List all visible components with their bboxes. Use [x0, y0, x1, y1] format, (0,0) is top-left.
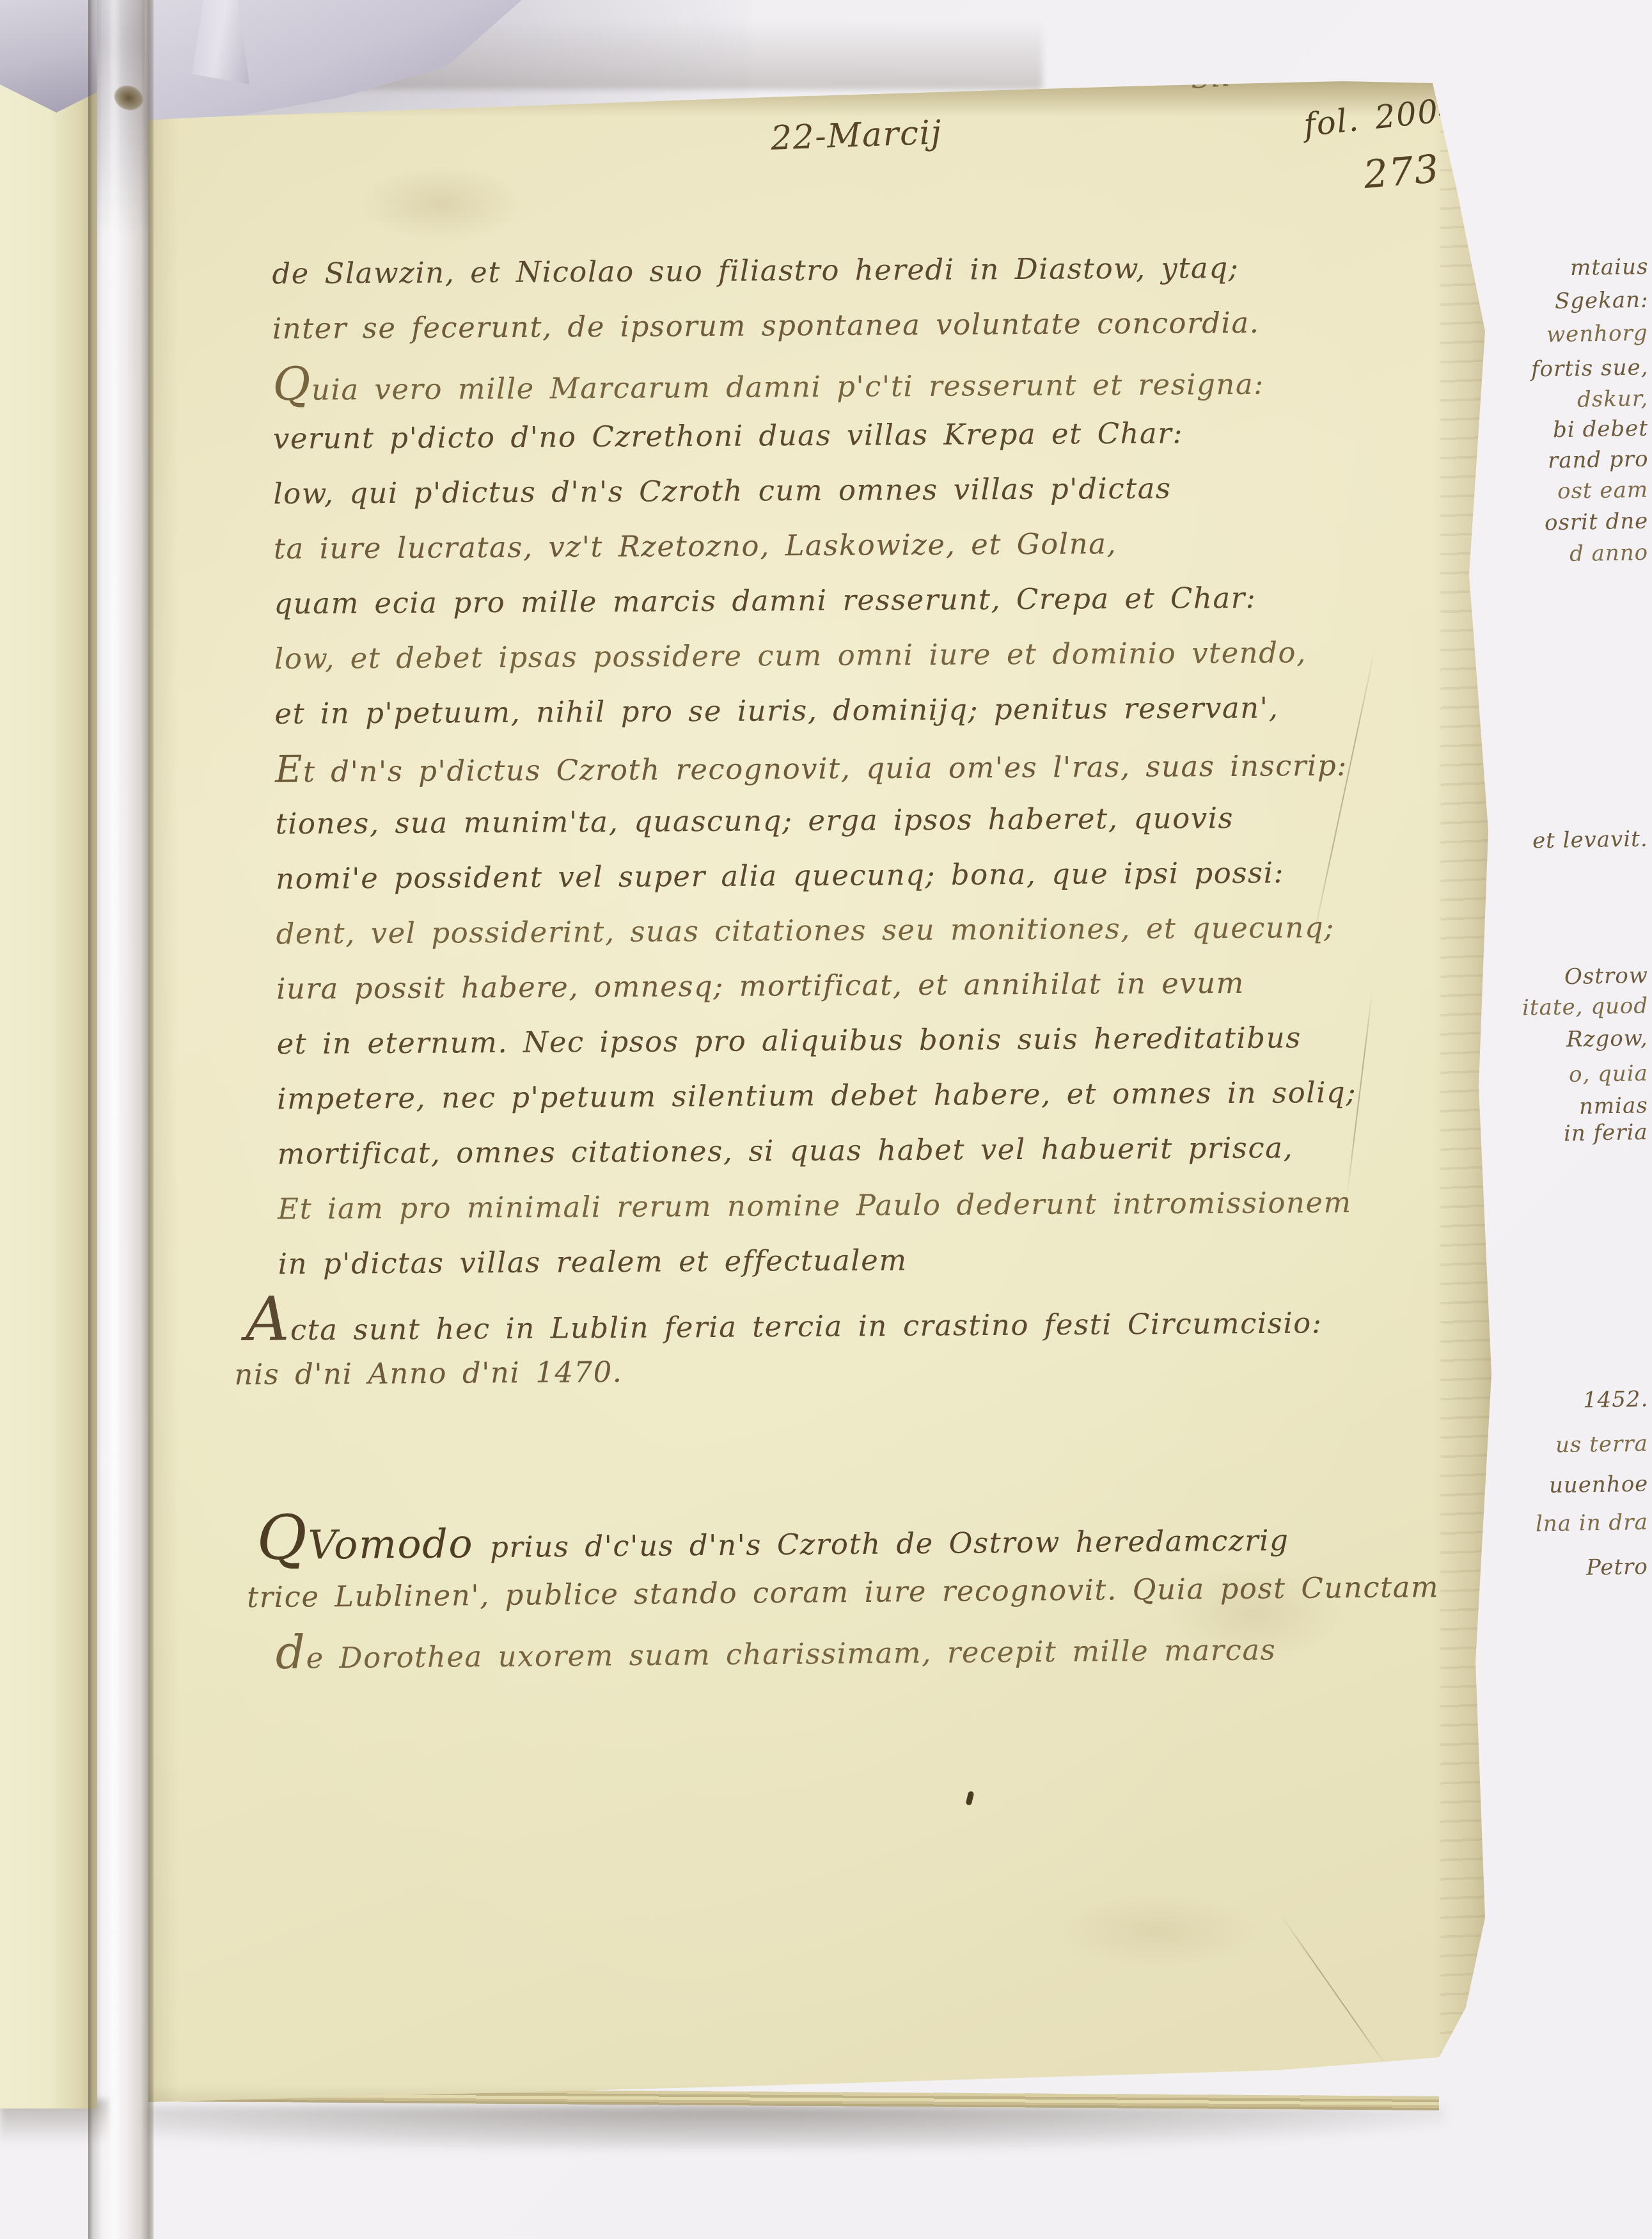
manuscript-photo: mtaius Sgekan: wenhorg fortis sue, dskur… [0, 0, 1652, 2239]
facing-page-line-fragment: dskur, [1577, 386, 1649, 413]
manuscript-line: et in eternum. Nec ipsos pro aliquibus b… [276, 1010, 1356, 1072]
manuscript-line: inter se fecerunt, de ipsorum spontanea … [272, 295, 1352, 356]
manuscript-line: low, et debet ipsas possidere cum omni i… [274, 625, 1354, 686]
facing-page-line-fragment: itate, quod [1522, 993, 1649, 1020]
facing-page-line-fragment: et levavit. [1532, 826, 1648, 853]
facing-page-line-fragment: lna in dra [1536, 1509, 1648, 1537]
facing-page-line-fragment: us terra [1555, 1431, 1648, 1459]
manuscript-line: low, qui p'dictus d'n's Czroth cum omnes… [273, 460, 1353, 521]
manuscript-line: Quia vero mille Marcarum damni p'c'ti re… [272, 350, 1352, 411]
paper-stain [1164, 1566, 1343, 1662]
manuscript-line: quam ecia pro mille marcis damni resseru… [274, 570, 1353, 631]
folio-label: fol. 2004 [1302, 90, 1462, 143]
facing-page-line-fragment: fortis sue, [1530, 354, 1648, 382]
facing-page-line-fragment: Rzgow, [1566, 1025, 1648, 1052]
manuscript-line: verunt p'dicto d'no Czrethoni duas villa… [273, 405, 1353, 466]
paper-crease [1280, 1915, 1388, 2068]
entry-line-rest: prius d'c'us d'n's Czroth de Ostrow here… [490, 1523, 1289, 1564]
manuscript-line: mortificat, omnes citationes, si quas ha… [277, 1120, 1357, 1182]
paper-stain [358, 165, 524, 242]
main-entry-text: de Slawzin, et Nicolao suo filiastro her… [272, 240, 1358, 1292]
manuscript-line: QVomodoprius d'c'us d'n's Czroth de Ostr… [256, 1496, 1439, 1570]
manuscript-line: in p'dictas villas realem et effectualem [278, 1230, 1357, 1292]
facing-page-sliver [0, 82, 97, 2108]
facing-page-line-fragment: 1452. [1582, 1386, 1648, 1413]
page-bottom-shadow [147, 2106, 1445, 2149]
manuscript-line: nis d'ni Anno d'ni 1470. [234, 1340, 1323, 1402]
facing-page-line-fragment: mtaius [1569, 254, 1648, 281]
manuscript-line: ta iure lucratas, vz't Rzetozno, Laskowi… [274, 515, 1353, 576]
manuscript-line: Et iam pro minimali rerum nomine Paulo d… [278, 1175, 1357, 1237]
facing-page-line-fragment: Ostrow [1564, 963, 1648, 990]
manuscript-line: iura possit habere, omnesq; mortificat, … [276, 955, 1356, 1017]
manuscript-line: et in p'petuum, nihil pro se iuris, domi… [274, 680, 1354, 741]
facing-page-line-fragment: uuenhoe [1548, 1471, 1648, 1499]
page-number: 273 [1362, 146, 1442, 198]
manuscript-line: impetere, nec p'petuum silentium debet h… [277, 1065, 1357, 1127]
manuscript-line: tiones, sua munim'ta, quascunq; erga ips… [275, 790, 1355, 851]
trimmed-edge-inscription: Sli [1190, 60, 1232, 95]
facing-page-line-fragment: osrit dne [1544, 509, 1648, 536]
facing-page-line-fragment: d anno [1569, 540, 1649, 567]
facing-page-line-fragment: rand pro [1547, 447, 1648, 474]
manuscript-page: Sli 22-Marcij fol. 2004 273 de Slawzin, … [128, 75, 1503, 2110]
manuscript-line: Acta sunt hec in Lublin feria tercia in … [245, 1285, 1322, 1347]
facing-page-line-fragment: wenhorg [1546, 320, 1648, 348]
manuscript-line: Et d'n's p'dictus Czroth recognovit, qui… [275, 735, 1355, 796]
paper-stain [1055, 1892, 1260, 1969]
glass-holding-rod [88, 0, 153, 2239]
facing-page-line-fragment: ost eam [1557, 477, 1649, 504]
date-heading: 22-Marcij [770, 113, 943, 157]
facing-page-line-fragment: bi debet [1553, 416, 1649, 443]
dating-clause: Acta sunt hec in Lublin feria tercia in … [274, 1285, 1323, 1402]
facing-page-line-fragment: o, quia [1569, 1061, 1649, 1088]
facing-page-line-fragment: Sgekan: [1554, 287, 1648, 315]
manuscript-line: dent, vel possiderint, suas citationes s… [276, 900, 1355, 961]
facing-page-line-fragment: in feria [1564, 1119, 1648, 1146]
manuscript-line: nomi'e possident vel super alia quecunq;… [276, 845, 1355, 906]
ink-blot [965, 1791, 974, 1806]
facing-page-line-fragment: nmias [1579, 1093, 1648, 1119]
manuscript-line: de Slawzin, et Nicolao suo filiastro her… [272, 240, 1351, 301]
facing-page-line-fragment: Petro [1586, 1554, 1649, 1581]
entry-initial-word: QVomodo [256, 1504, 474, 1578]
glass-rod-highlight [110, 0, 119, 2239]
